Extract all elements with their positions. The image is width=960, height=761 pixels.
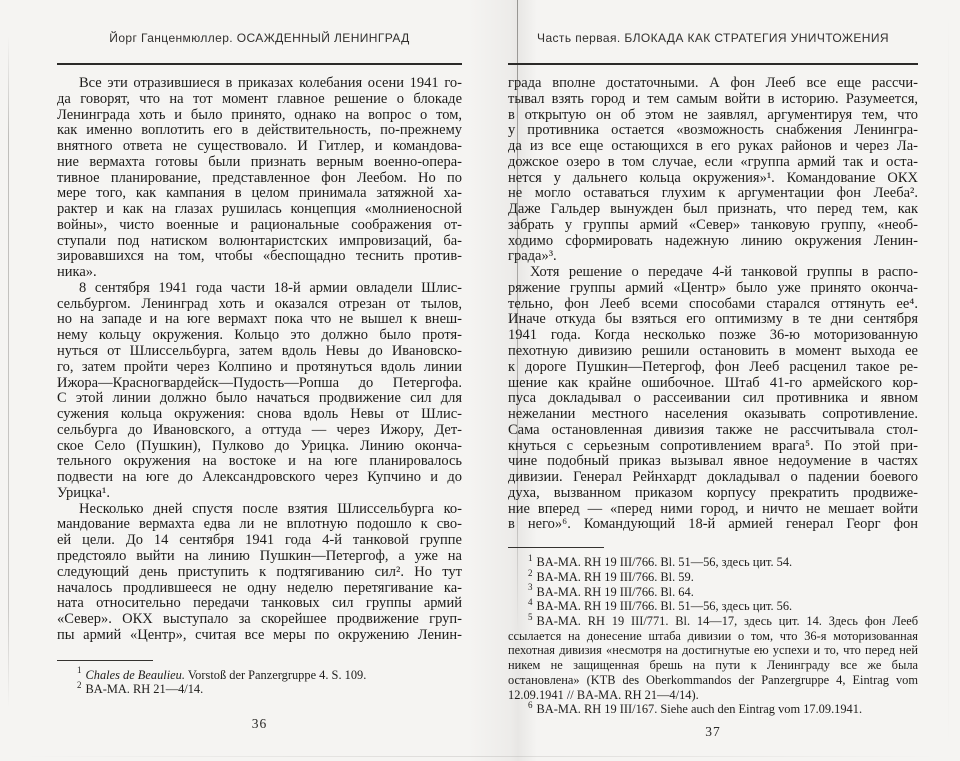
text-line: Ижора—Красногвардейск—Пудость—Ропша до П…: [57, 376, 462, 392]
text-line: Урицка¹.: [57, 486, 462, 502]
text-line: тельно, фон Лееб всеми способами старалс…: [508, 297, 918, 313]
header-rule-left: [57, 63, 462, 65]
text-line: пехотную дивизию решили остановить в мом…: [508, 344, 918, 360]
text-line: но на западе и на юге вермахт пока что н…: [57, 312, 462, 328]
page-body-right: града вполне достаточными. А фон Лееб вс…: [508, 76, 918, 533]
footnotes-right: 1BA-MA. RH 19 III/766. Bl. 51—56, здесь …: [508, 555, 918, 717]
page-left: Йорг Ганценмюллер. ОСАЖДЕННЫЙ ЛЕНИНГРАД …: [57, 28, 462, 697]
text-line: дивизии. Генерал Рейнхардт докладывал о …: [508, 470, 918, 486]
footnote: 1Chales de Beaulieu. Vorstoß der Panzerg…: [57, 668, 462, 683]
text-line: Даже Гальдер вынужден был признать, что …: [508, 202, 918, 218]
text-line: тельного окружения на востоке и на юге п…: [57, 454, 462, 470]
text-line: града»³.: [508, 249, 918, 265]
footnote-marker: 1: [77, 665, 82, 675]
footnote-text: Vorstoß der Panzergruppe 4. S. 109.: [185, 668, 366, 682]
text-line: кнуться с серьезным сопротивлением врага…: [508, 439, 918, 455]
page-edge-bottom: [20, 756, 940, 757]
text-line: в него»⁶. Командующий 18-й армией генера…: [508, 517, 918, 533]
text-line: 8 сентября 1941 года части 18-й армии ов…: [57, 281, 462, 297]
footnote-marker: 1: [528, 553, 533, 563]
footnote-text: BA-MA. RH 19 III/167. Siehe auch den Ein…: [537, 702, 863, 716]
footnote-marker: 4: [528, 597, 533, 607]
page-body-left: Все эти отразившиеся в приказах колебани…: [57, 76, 462, 644]
footnote-marker: 5: [528, 612, 533, 622]
page-right: Часть первая. БЛОКАДА КАК СТРАТЕГИЯ УНИЧ…: [508, 28, 918, 717]
text-line: подвести на юге до Александровского чере…: [57, 470, 462, 486]
text-line: нему кольцу окружения. Кольцо это должно…: [57, 328, 462, 344]
text-line: да говорят, что на тот момент главное ре…: [57, 92, 462, 108]
text-line: ей цели. До 14 сентября 1941 года 4-й та…: [57, 533, 462, 549]
text-line: как именно воплотить его в действительно…: [57, 123, 462, 139]
text-line: духа, вызванном приказом корпусу прекрат…: [508, 486, 918, 502]
running-head-left: Йорг Ганценмюллер. ОСАЖДЕННЫЙ ЛЕНИНГРАД: [57, 28, 462, 48]
footnote: 4BA-MA. RH 19 III/766. Bl. 51—56, здесь …: [508, 599, 918, 614]
footnote: 5BA-MA. RH 19 III/771. Bl. 14—17, здесь …: [508, 614, 918, 702]
text-line: сельбургом. Ленинград хоть и оказался от…: [57, 297, 462, 313]
text-line: в открытую он об этом не заявлял, аргуме…: [508, 108, 918, 124]
footnote: 1BA-MA. RH 19 III/766. Bl. 51—56, здесь …: [508, 555, 918, 570]
page-edge-right: [948, 12, 949, 748]
footnote-rule-left: [57, 660, 153, 661]
footnote-marker: 2: [528, 568, 533, 578]
page-edge-left: [8, 36, 9, 708]
text-line: пы армий «Центр», считая все меры по окр…: [57, 628, 462, 644]
running-head-right: Часть первая. БЛОКАДА КАК СТРАТЕГИЯ УНИЧ…: [508, 28, 918, 48]
text-line: шение как крайне ошибочное. Штаб 41-го а…: [508, 376, 918, 392]
footnote-marker: 2: [77, 680, 82, 690]
footnote-marker: 3: [528, 582, 533, 592]
text-line: Несколько дней спустя после взятия Шлисс…: [57, 502, 462, 518]
text-line: С этой линии должно было начаться продви…: [57, 391, 462, 407]
text-line: внятного ответа не существовало. И Гитле…: [57, 139, 462, 155]
text-line: следующий день приступить к подтягиванию…: [57, 565, 462, 581]
text-line: зировавшихся на том, чтобы «беспощадно т…: [57, 249, 462, 265]
footnote-text: BA-MA. RH 19 III/771. Bl. 14—17, здесь ц…: [508, 614, 918, 702]
text-line: ряжение группы армий «Центр» было уже пр…: [508, 281, 918, 297]
text-line: чине подобный приказ вызывал явное недоу…: [508, 454, 918, 470]
text-line: Хотя решение о передаче 4-й танковой гру…: [508, 265, 918, 281]
text-line: ние вермахта готовы были признать верным…: [57, 155, 462, 171]
footnote: 3BA-MA. RH 19 III/766. Bl. 64.: [508, 585, 918, 600]
text-line: 1941 года. Когда несколько позже 36-ю мо…: [508, 328, 918, 344]
footnote-rule-right: [508, 547, 604, 548]
text-line: го, затем пройти через Колпино и протяну…: [57, 360, 462, 376]
text-line: рактер и как на глазах рушилась концепци…: [57, 202, 462, 218]
text-line: сельбурга до Ивановского, а оттуда — чер…: [57, 423, 462, 439]
text-line: ступали под натиском волюнтаристских имп…: [57, 234, 462, 250]
text-line: нуться от Шлиссельбурга, затем вдоль Нев…: [57, 344, 462, 360]
text-line: забрать у группы армий «Север» танковую …: [508, 218, 918, 234]
text-line: ника».: [57, 265, 462, 281]
text-line: пуса докладывал о рассеивании сил против…: [508, 391, 918, 407]
text-line: тывал взять город и тем самым войти в ис…: [508, 92, 918, 108]
footnote: 6BA-MA. RH 19 III/167. Siehe auch den Ei…: [508, 702, 918, 717]
text-line: града вполне достаточными. А фон Лееб вс…: [508, 76, 918, 92]
footnote: 2BA-MA. RH 21—4/14.: [57, 682, 462, 697]
text-line: «Север». ОКХ выступало за скорейшее прод…: [57, 612, 462, 628]
footnote-text: BA-MA. RH 21—4/14.: [86, 682, 204, 696]
text-line: войны», чисто военные и рациональные соо…: [57, 218, 462, 234]
text-line: ната относительно передачи танковых сил …: [57, 596, 462, 612]
text-line: мере того, как кампания в целом принимал…: [57, 186, 462, 202]
text-line: началось продлившееся не одну неделю пер…: [57, 581, 462, 597]
footnotes-left: 1Chales de Beaulieu. Vorstoß der Panzerg…: [57, 668, 462, 697]
text-line: сужения кольца окружения: снова вдоль Не…: [57, 407, 462, 423]
text-line: да из все еще остающихся в его руках рай…: [508, 139, 918, 155]
text-line: Сама остановленная дивизия также не расс…: [508, 423, 918, 439]
text-line: Иначе откуда бы взяться его оптимизму в …: [508, 312, 918, 328]
text-line: не могло оставаться глухим к аргументаци…: [508, 186, 918, 202]
text-line: ское Село (Пушкин), Пулково до Урицка. Л…: [57, 439, 462, 455]
text-line: нежелании местного населения оказывать с…: [508, 407, 918, 423]
text-line: ходимо сформировать надежную линию окруж…: [508, 234, 918, 250]
text-line: ние вперед — «перед ними город, и ничто …: [508, 502, 918, 518]
text-line: нется у дальнего кольца окружения»¹. Ком…: [508, 171, 918, 187]
footnote-text: BA-MA. RH 19 III/766. Bl. 51—56, здесь ц…: [537, 555, 793, 569]
page-number-right: 37: [508, 724, 918, 740]
text-line: тивное планирование, представленное фон …: [57, 171, 462, 187]
footnote-text: BA-MA. RH 19 III/766. Bl. 64.: [537, 585, 694, 599]
footnote: 2BA-MA. RH 19 III/766. Bl. 59.: [508, 570, 918, 585]
page-number-left: 36: [57, 716, 462, 732]
text-line: у противника остается «возможность снабж…: [508, 123, 918, 139]
footnote-marker: 6: [528, 700, 533, 710]
text-line: к дороге Пушкин—Петергоф, фон Лееб расце…: [508, 360, 918, 376]
text-line: дожское озеро в том случае, если «группа…: [508, 155, 918, 171]
text-line: Все эти отразившиеся в приказах колебани…: [57, 76, 462, 92]
header-rule-right: [508, 63, 918, 65]
book-spread-scan: Йорг Ганценмюллер. ОСАЖДЕННЫЙ ЛЕНИНГРАД …: [0, 0, 960, 761]
text-line: Ленинграда хоть и было принято, однако н…: [57, 108, 462, 124]
text-line: мандование вермахта едва ли не вплотную …: [57, 517, 462, 533]
footnote-text: Chales de Beaulieu.: [86, 668, 185, 682]
footnote-text: BA-MA. RH 19 III/766. Bl. 51—56, здесь ц…: [537, 599, 793, 613]
text-line: предстояло выйти на линию Пушкин—Петерго…: [57, 549, 462, 565]
footnote-text: BA-MA. RH 19 III/766. Bl. 59.: [537, 570, 694, 584]
